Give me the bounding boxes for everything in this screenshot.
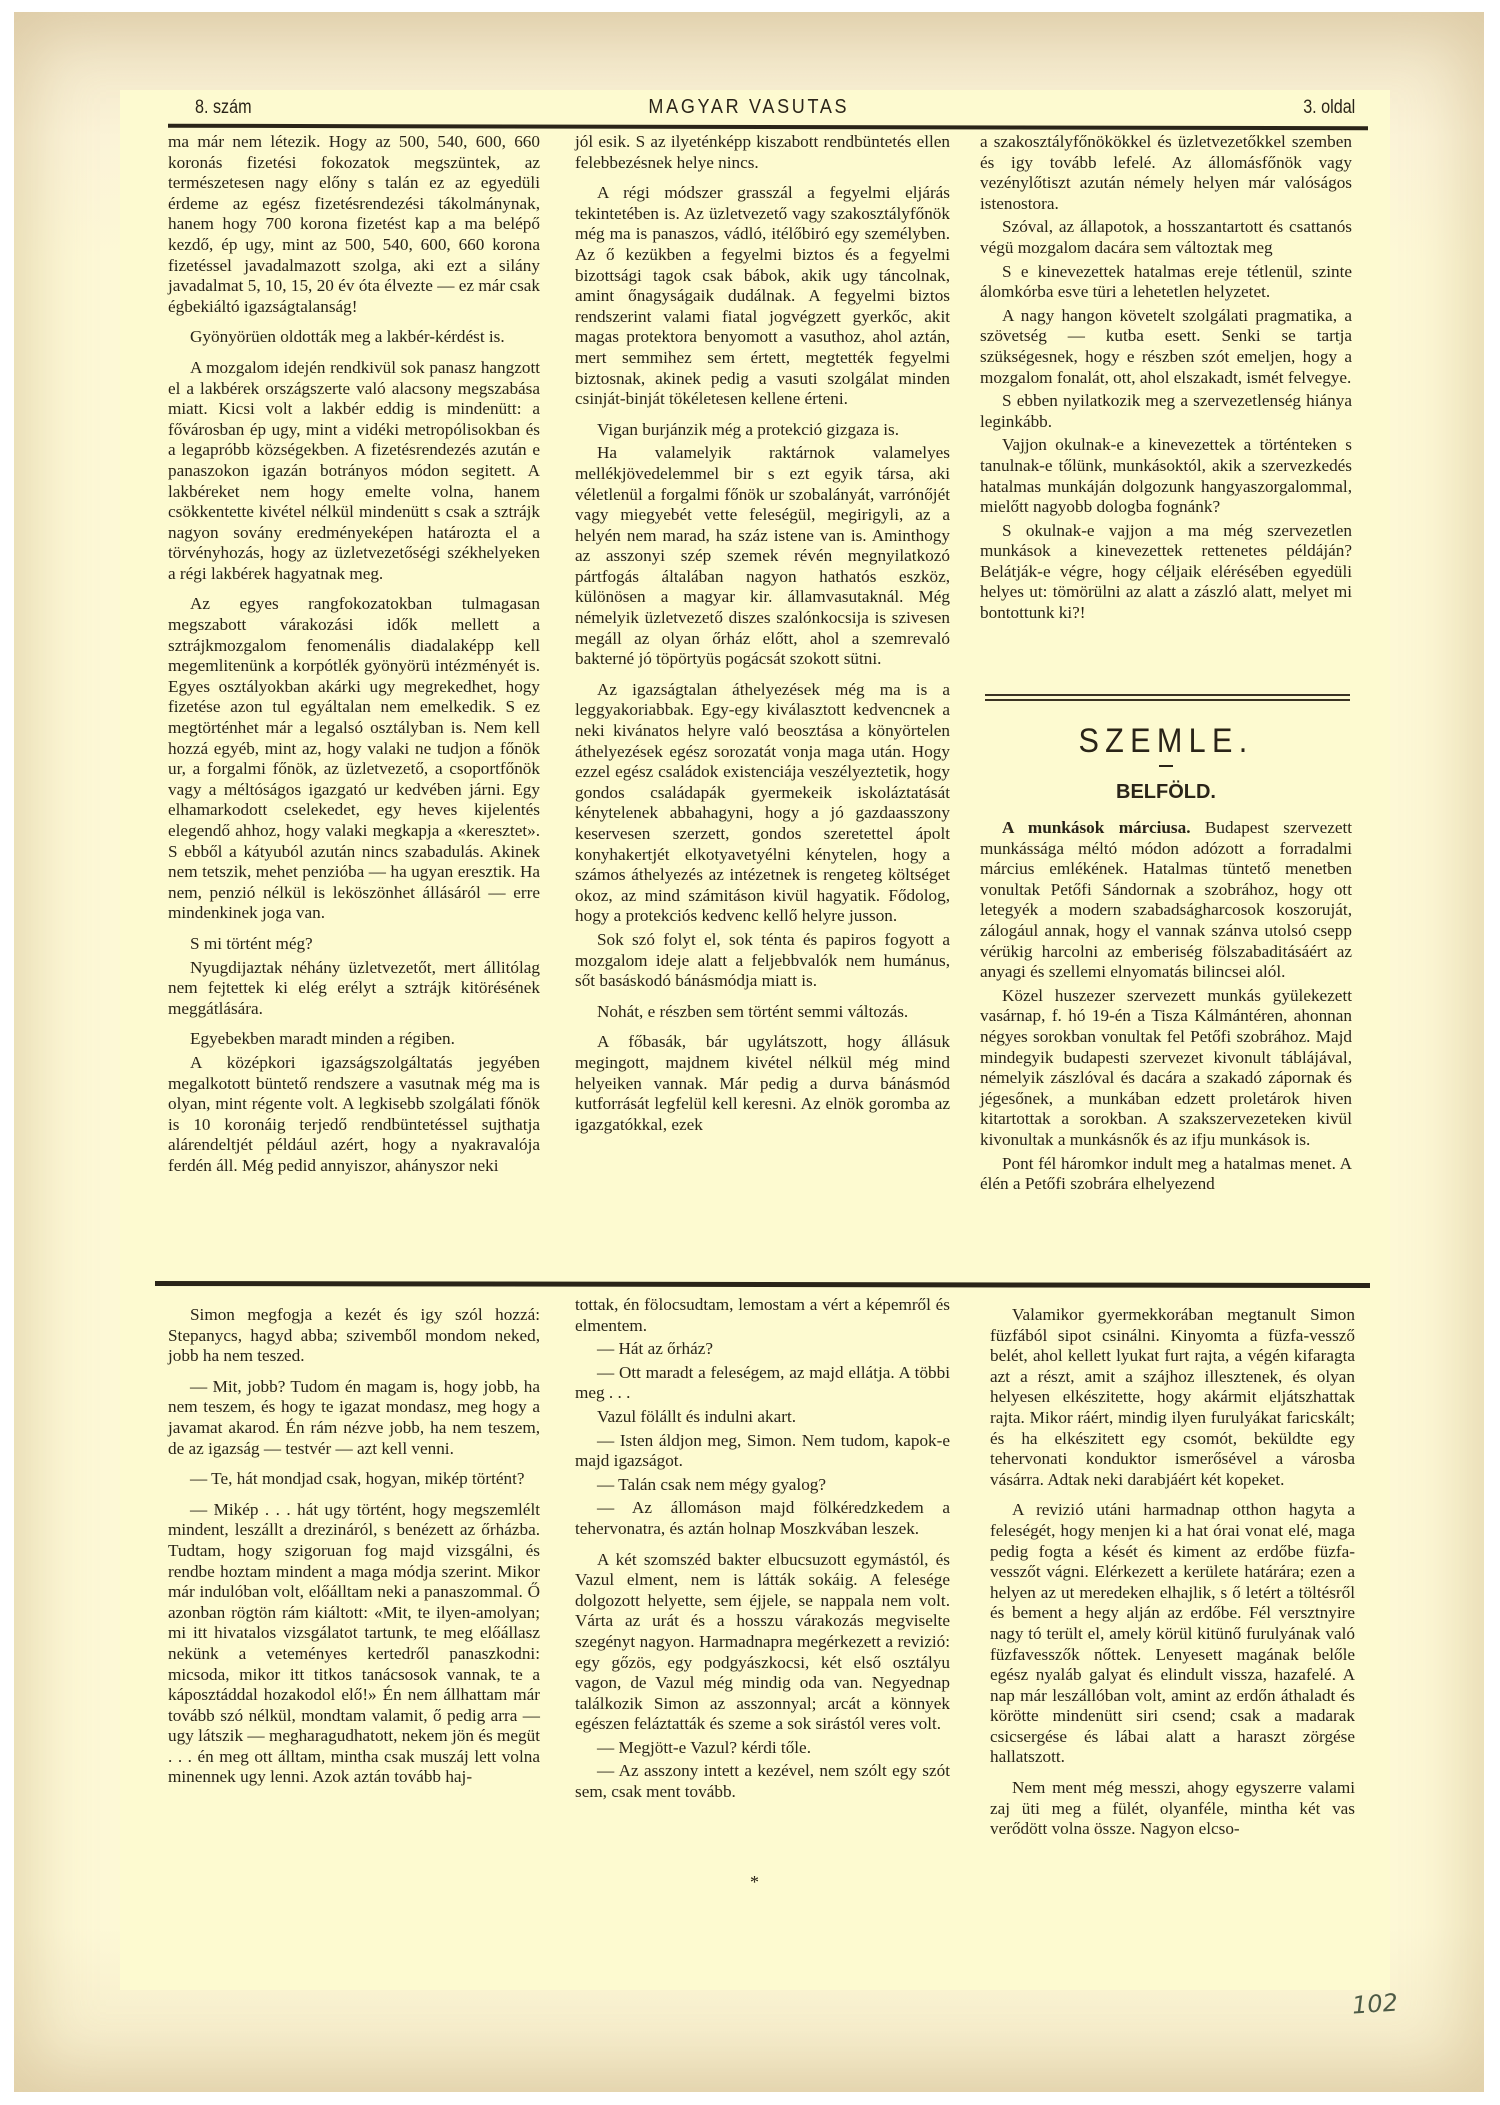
- handwritten-page-number: 102: [1351, 1988, 1399, 2019]
- paragraph: A mozgalom idején rendkivül sok panasz h…: [168, 358, 540, 585]
- paragraph: A munkások márciusa. Budapest szervezett…: [980, 818, 1352, 983]
- paragraph: A középkori igazságszolgáltatás jegyében…: [168, 1053, 540, 1177]
- paragraph: S ebben nyilatkozik meg a szervezetlensé…: [980, 391, 1352, 432]
- paragraph: S okulnak-e vajjon a ma még szervezetlen…: [980, 521, 1352, 624]
- szemle-section: SZEMLE. BELFÖLD.: [980, 722, 1352, 804]
- paragraph: — Megjött-e Vazul? kérdi tőle.: [575, 1738, 950, 1759]
- title-dash: [1159, 765, 1173, 767]
- paragraph: — Mikép . . . hát ugy történt, hogy megs…: [168, 1500, 540, 1788]
- paragraph: A főbasák, bár ugylátszott, hogy állásuk…: [575, 1032, 950, 1135]
- paragraph: — Te, hát mondjad csak, hogyan, mikép tö…: [168, 1469, 540, 1490]
- article-column-2: jól esik. S az ilyeténképp kiszabott ren…: [575, 132, 950, 1138]
- szemle-column: A munkások márciusa. Budapest szervezett…: [980, 818, 1352, 1198]
- paragraph: — Mit, jobb? Tudom én magam is, hogy job…: [168, 1377, 540, 1459]
- section-title: SZEMLE.: [999, 722, 1334, 761]
- section-divider: [985, 694, 1350, 704]
- paragraph-text: Budapest szervezett munkássága méltó mód…: [980, 818, 1352, 981]
- paragraph: — Az asszony intett a kezével, nem szólt…: [575, 1761, 950, 1802]
- paragraph: Közel huszezer szervezett munkás gyüleke…: [980, 986, 1352, 1151]
- paragraph: Vigan burjánzik még a protekció gizgaza …: [575, 420, 950, 441]
- page-number: 3. oldal: [1303, 97, 1355, 119]
- paragraph: Szóval, az állapotok, a hosszantartott é…: [980, 217, 1352, 258]
- paragraph: Simon megfogja a kezét és igy szól hozzá…: [168, 1305, 540, 1367]
- paragraph: Gyönyörüen oldották meg a lakbér-kérdést…: [168, 327, 540, 348]
- paragraph: Nohát, e részben sem történt semmi válto…: [575, 1002, 950, 1023]
- feuilleton-column-1: Simon megfogja a kezét és igy szól hozzá…: [168, 1305, 540, 1791]
- paragraph: — Hát az őrház?: [575, 1339, 950, 1360]
- paragraph: — Isten áldjon meg, Simon. Nem tudom, ka…: [575, 1431, 950, 1472]
- paragraph: A régi módszer grasszál a fegyelmi eljár…: [575, 183, 950, 410]
- paragraph: Az igazságtalan áthelyezések még ma is a…: [575, 680, 950, 927]
- paragraph: a szakosztályfőnökökkel és üzletvezetőkk…: [980, 132, 1352, 214]
- paragraph: — Talán csak nem mégy gyalog?: [575, 1475, 950, 1496]
- paragraph: Nyugdijaztak néhány üzletvezetőt, mert á…: [168, 958, 540, 1020]
- paragraph: ma már nem létezik. Hogy az 500, 540, 60…: [168, 132, 540, 317]
- paragraph: S e kinevezettek hatalmas ereje tétlenül…: [980, 262, 1352, 303]
- paragraph: Valamikor gyermekkorában megtanult Simon…: [990, 1305, 1355, 1490]
- paragraph: Vajjon okulnak-e a kinevezettek a történ…: [980, 435, 1352, 517]
- paragraph: Vazul fölállt és indulni akart.: [575, 1407, 950, 1428]
- issue-number: 8. szám: [195, 97, 252, 119]
- paragraph: Pont fél háromkor indult meg a hatalmas …: [980, 1154, 1352, 1195]
- section-separator: *: [750, 1872, 759, 1893]
- article-lead: A munkások márciusa.: [1002, 818, 1191, 837]
- feuilleton-column-2: tottak, én fölocsudtam, lemostam a vért …: [575, 1295, 950, 1806]
- page-header: 8. szám MAGYAR VASUTAS 3. oldal: [155, 85, 1365, 125]
- paragraph: — Az állomáson majd fölkéredzkedem a teh…: [575, 1498, 950, 1539]
- paragraph: tottak, én fölocsudtam, lemostam a vért …: [575, 1295, 950, 1336]
- paragraph: A nagy hangon követelt szolgálati pragma…: [980, 306, 1352, 388]
- paragraph: S mi történt még?: [168, 934, 540, 955]
- feuilleton-column-3: Valamikor gyermekkorában megtanult Simon…: [990, 1305, 1355, 1843]
- paragraph: jól esik. S az ilyeténképp kiszabott ren…: [575, 132, 950, 173]
- paragraph: A revizió utáni harmadnap otthon hagyta …: [990, 1500, 1355, 1768]
- article-column-1: ma már nem létezik. Hogy az 500, 540, 60…: [168, 132, 540, 1180]
- paragraph: Nem ment még messzi, ahogy egyszerre val…: [990, 1778, 1355, 1840]
- paragraph: Az egyes rangfokozatokban tulmagasan meg…: [168, 594, 540, 924]
- paragraph: Ha valamelyik raktárnok valamelyes mellé…: [575, 443, 950, 670]
- paragraph: — Ott maradt a feleségem, az majd ellátj…: [575, 1363, 950, 1404]
- section-subtitle: BELFÖLD.: [980, 781, 1352, 804]
- newspaper-title: MAGYAR VASUTAS: [648, 96, 849, 119]
- paragraph: A két szomszéd bakter elbucsuzott egymás…: [575, 1550, 950, 1735]
- paragraph: Sok szó folyt el, sok ténta és papiros f…: [575, 930, 950, 992]
- article-column-3: a szakosztályfőnökökkel és üzletvezetőkk…: [980, 132, 1352, 627]
- paragraph: Egyebekben maradt minden a régiben.: [168, 1029, 540, 1050]
